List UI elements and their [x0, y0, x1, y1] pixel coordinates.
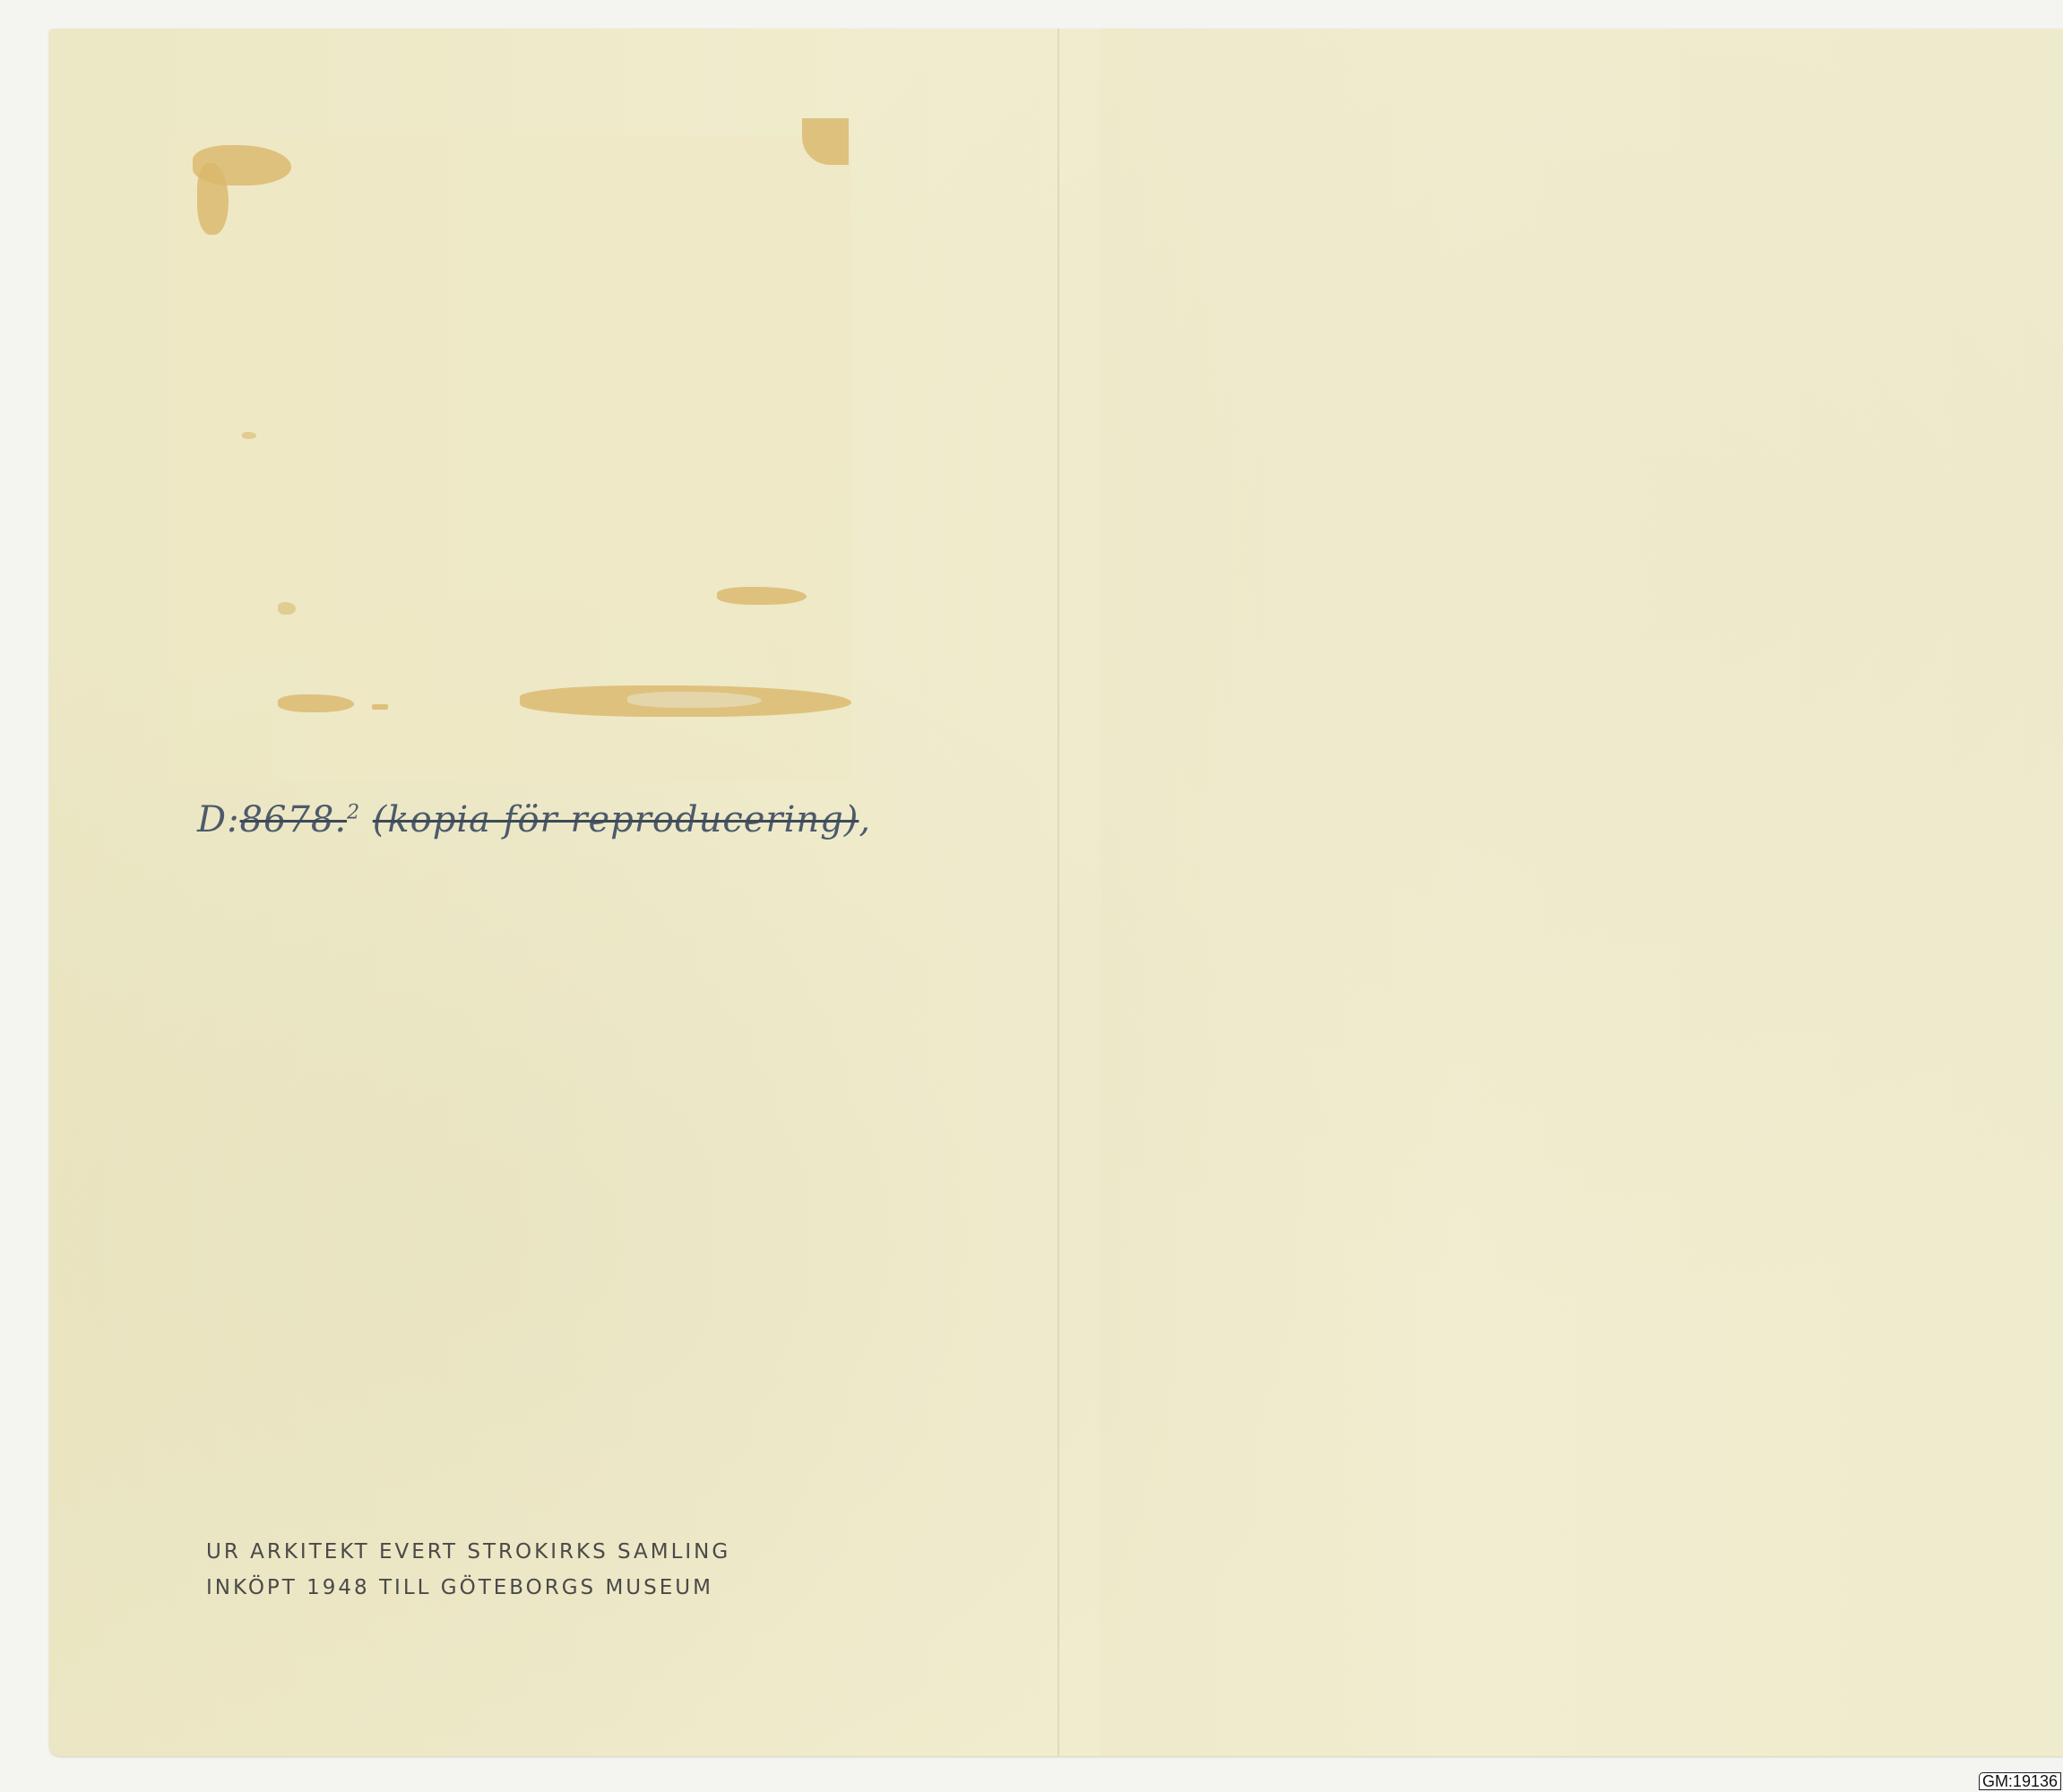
stamp-line-1: UR ARKITEKT EVERT STROKIRKS SAMLING	[206, 1534, 730, 1570]
handwritten-inventory-note: D:8678.2 (kopia för reproducering),	[197, 799, 871, 840]
stain-small-left	[242, 432, 256, 439]
stain-bottom-dash	[372, 704, 388, 710]
archival-sheet: D:8678.2 (kopia för reproducering), UR A…	[49, 29, 2063, 1756]
note-prefix: D:	[197, 799, 240, 840]
stain-right-mid	[717, 587, 807, 605]
stamp-line-2: INKÖPT 1948 TILL GÖTEBORGS MUSEUM	[206, 1570, 730, 1606]
stain-small-mid	[278, 602, 296, 615]
catalog-number-label: GM:19136	[1979, 1772, 2061, 1790]
note-suffix: ,	[859, 799, 871, 840]
glue-residue-area	[170, 136, 851, 781]
note-superscript: 2	[347, 802, 360, 824]
provenance-stamp: UR ARKITEKT EVERT STROKIRKS SAMLING INKÖ…	[206, 1534, 730, 1606]
note-number-struck: 8678.	[240, 799, 348, 840]
note-text-struck: (kopia för reproducering)	[373, 799, 859, 840]
stain-top-right-corner	[802, 118, 849, 165]
stain-bottom-left	[278, 694, 354, 712]
stain-bottom-long-center	[627, 692, 762, 708]
center-fold-line	[1057, 29, 1059, 1756]
